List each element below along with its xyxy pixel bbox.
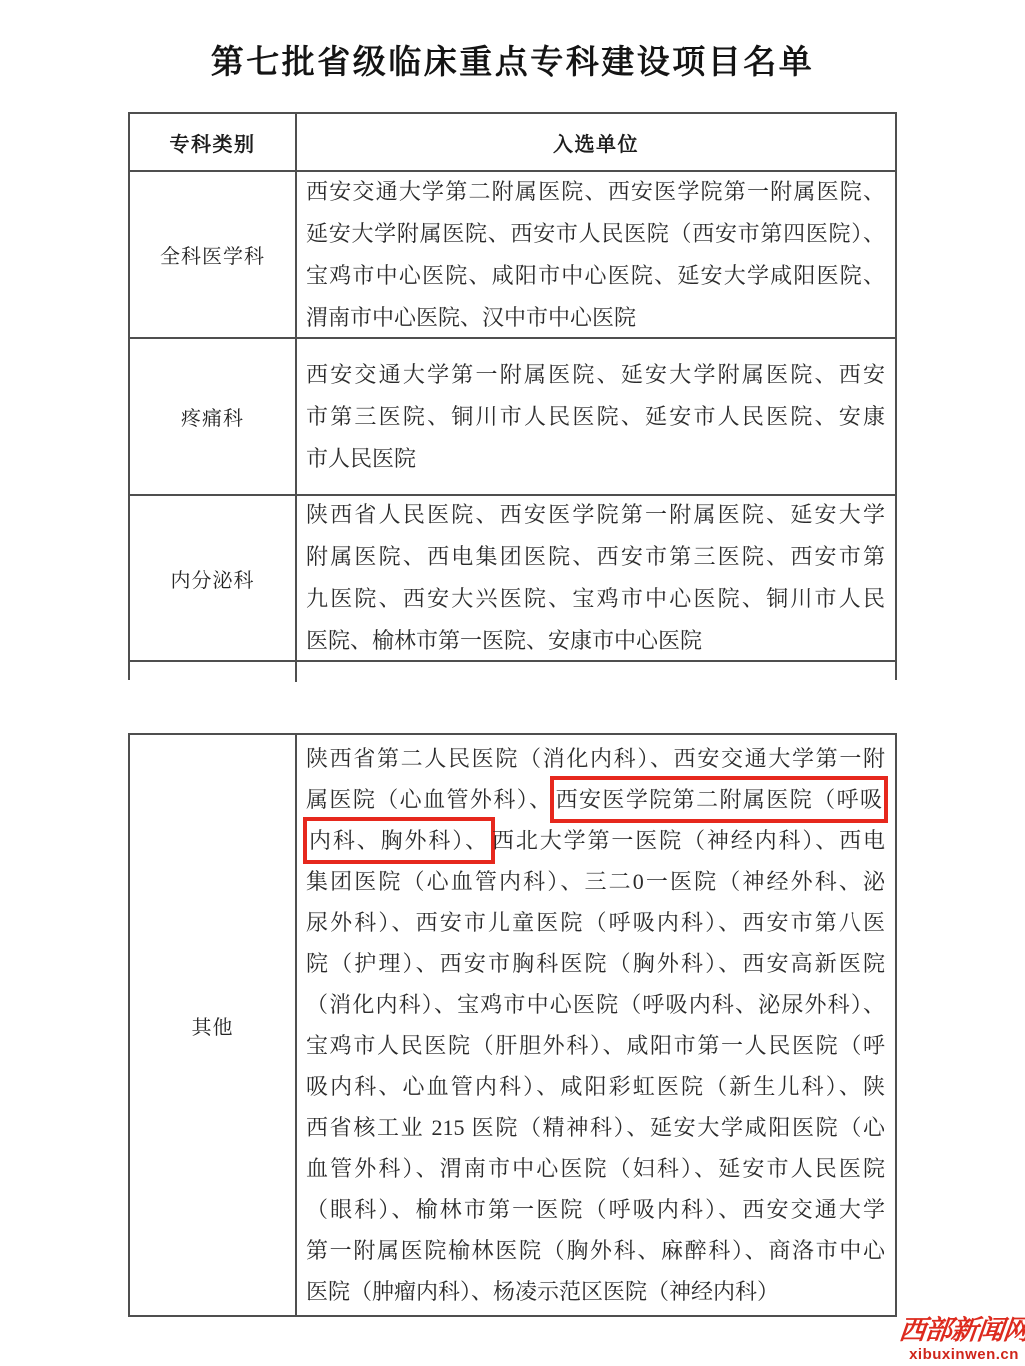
text-segment: 九医院、西安大兴医院、宝鸡市中心医院、铜川市人民	[306, 586, 885, 611]
header-units: 入选单位	[297, 114, 895, 170]
text-segment: （消化内科）、宝鸡市中心医院（呼吸内科、泌尿外科）、	[306, 992, 885, 1017]
category-label: 内分泌科	[130, 496, 297, 660]
text-segment: 宝鸡市中心医院、咸阳市中心医院、延安大学咸阳医院、	[306, 263, 885, 288]
header-category: 专科类别	[130, 114, 297, 170]
red-highlight-box: 西安医学院第二附属医院（呼吸	[550, 776, 888, 823]
text-segment: 宝鸡市人民医院（肝胆外科）、咸阳市第一人民医院（呼	[306, 1033, 885, 1058]
document-page: 第七批省级临床重点专科建设项目名单 专科类别 入选单位 全科医学科 西安交通大学…	[0, 0, 1025, 1366]
text-line: （眼科）、榆林市第一医院（呼吸内科）、西安交通大学	[306, 1189, 885, 1230]
text-segment: 市人民医院	[306, 446, 416, 471]
document-title: 第七批省级临床重点专科建设项目名单	[0, 36, 1025, 83]
text-line: 九医院、西安大兴医院、宝鸡市中心医院、铜川市人民	[306, 578, 885, 620]
text-line: 属医院（心血管外科）、西安医学院第二附属医院（呼吸	[306, 779, 885, 820]
text-segment: 西安交通大学第一附属医院、延安大学附属医院、西安	[306, 362, 885, 387]
text-segment: 市第三医院、铜川市人民医院、延安市人民医院、安康	[306, 404, 885, 429]
text-line: 陕西省人民医院、西安医学院第一附属医院、延安大学	[306, 494, 885, 536]
table-row-other: 其他 陕西省第二人民医院（消化内科）、西安交通大学第一附属医院（心血管外科）、西…	[130, 735, 895, 1315]
text-segment: 医院（肿瘤内科）、杨凌示范区医院（神经内科）	[306, 1279, 779, 1304]
text-segment: 陕西省人民医院、西安医学院第一附属医院、延安大学	[306, 502, 885, 527]
text-line: 西安交通大学第一附属医院、延安大学附属医院、西安	[306, 354, 885, 396]
text-line: 渭南市中心医院、汉中市中心医院	[306, 297, 885, 339]
text-line: （消化内科）、宝鸡市中心医院（呼吸内科、泌尿外科）、	[306, 984, 885, 1025]
text-segment: 西北大学第一医院（神经内科）、西电	[492, 828, 885, 853]
text-line: 延安大学附属医院、西安市人民医院（西安市第四医院）、	[306, 213, 885, 255]
text-segment: 尿外科）、西安市儿童医院（呼吸内科）、西安市第八医	[306, 910, 885, 935]
watermark: 西部新闻网 xibuxinwen.cn	[899, 1317, 1025, 1362]
units-cell: 陕西省第二人民医院（消化内科）、西安交通大学第一附属医院（心血管外科）、西安医学…	[297, 735, 895, 1315]
text-line: 医院（肿瘤内科）、杨凌示范区医院（神经内科）	[306, 1271, 885, 1312]
units-cell-empty	[297, 662, 895, 682]
watermark-logo: 西部新闻网	[898, 1317, 1025, 1344]
table-header-row: 专科类别 入选单位	[130, 114, 895, 172]
text-line: 集团医院（心血管内科）、三二0一医院（神经外科、泌	[306, 861, 885, 902]
text-line: 医院、榆林市第一医院、安康市中心医院	[306, 620, 885, 662]
table-row-pain: 疼痛科 西安交通大学第一附属医院、延安大学附属医院、西安市第三医院、铜川市人民医…	[130, 339, 895, 496]
text-line: 西安交通大学第二附属医院、西安医学院第一附属医院、	[306, 171, 885, 213]
text-segment: 属医院（心血管外科）、	[306, 787, 553, 812]
units-cell: 西安交通大学第一附属医院、延安大学附属医院、西安市第三医院、铜川市人民医院、延安…	[297, 339, 895, 494]
category-label: 疼痛科	[130, 339, 297, 494]
text-line: 陕西省第二人民医院（消化内科）、西安交通大学第一附	[306, 738, 885, 779]
units-cell: 西安交通大学第二附属医院、西安医学院第一附属医院、延安大学附属医院、西安市人民医…	[297, 172, 895, 337]
category-label: 全科医学科	[130, 172, 297, 337]
text-segment: 西安交通大学第二附属医院、西安医学院第一附属医院、	[306, 179, 885, 204]
text-line: 血管外科）、渭南市中心医院（妇科）、延安市人民医院	[306, 1148, 885, 1189]
text-segment: 延安大学附属医院、西安市人民医院（西安市第四医院）、	[306, 221, 885, 246]
category-label: 其他	[130, 735, 297, 1315]
text-segment: 第一附属医院榆林医院（胸外科、麻醉科）、商洛市中心	[306, 1238, 885, 1263]
text-segment: 渭南市中心医院、汉中市中心医院	[306, 305, 636, 330]
text-line: 附属医院、西电集团医院、西安市第三医院、西安市第	[306, 536, 885, 578]
specialty-table-top: 专科类别 入选单位 全科医学科 西安交通大学第二附属医院、西安医学院第一附属医院…	[128, 112, 897, 680]
units-cell: 陕西省人民医院、西安医学院第一附属医院、延安大学附属医院、西电集团医院、西安市第…	[297, 496, 895, 660]
text-line: 市第三医院、铜川市人民医院、延安市人民医院、安康	[306, 396, 885, 438]
text-line: 第一附属医院榆林医院（胸外科、麻醉科）、商洛市中心	[306, 1230, 885, 1271]
text-segment: 院（护理）、西安市胸科医院（胸外科）、西安高新医院	[306, 951, 885, 976]
text-line: 宝鸡市人民医院（肝胆外科）、咸阳市第一人民医院（呼	[306, 1025, 885, 1066]
category-cell-empty	[130, 662, 297, 682]
text-segment: 集团医院（心血管内科）、三二0一医院（神经外科、泌	[306, 869, 885, 894]
text-line: 院（护理）、西安市胸科医院（胸外科）、西安高新医院	[306, 943, 885, 984]
text-segment: （眼科）、榆林市第一医院（呼吸内科）、西安交通大学	[306, 1197, 885, 1222]
text-line: 吸内科、心血管内科）、咸阳彩虹医院（新生儿科）、陕	[306, 1066, 885, 1107]
text-line: 尿外科）、西安市儿童医院（呼吸内科）、西安市第八医	[306, 902, 885, 943]
text-line: 宝鸡市中心医院、咸阳市中心医院、延安大学咸阳医院、	[306, 255, 885, 297]
text-segment: 附属医院、西电集团医院、西安市第三医院、西安市第	[306, 544, 885, 569]
text-segment: 西省核工业 215 医院（精神科）、延安大学咸阳医院（心	[306, 1115, 885, 1140]
text-line: 内科、胸外科）、西北大学第一医院（神经内科）、西电	[306, 820, 885, 861]
table-row-general-medicine: 全科医学科 西安交通大学第二附属医院、西安医学院第一附属医院、延安大学附属医院、…	[130, 172, 895, 339]
watermark-url: xibuxinwen.cn	[899, 1347, 1025, 1362]
text-segment: 陕西省第二人民医院（消化内科）、西安交通大学第一附	[306, 746, 885, 771]
text-line: 西省核工业 215 医院（精神科）、延安大学咸阳医院（心	[306, 1107, 885, 1148]
specialty-table-other: 其他 陕西省第二人民医院（消化内科）、西安交通大学第一附属医院（心血管外科）、西…	[128, 733, 897, 1317]
text-segment: 血管外科）、渭南市中心医院（妇科）、延安市人民医院	[306, 1156, 885, 1181]
red-highlight-box: 内科、胸外科）、	[303, 817, 495, 864]
table-row-truncated	[130, 662, 895, 682]
text-line: 市人民医院	[306, 438, 885, 480]
table-row-endocrinology: 内分泌科 陕西省人民医院、西安医学院第一附属医院、延安大学附属医院、西电集团医院…	[130, 496, 895, 662]
text-segment: 吸内科、心血管内科）、咸阳彩虹医院（新生儿科）、陕	[306, 1074, 885, 1099]
text-segment: 医院、榆林市第一医院、安康市中心医院	[306, 628, 702, 653]
